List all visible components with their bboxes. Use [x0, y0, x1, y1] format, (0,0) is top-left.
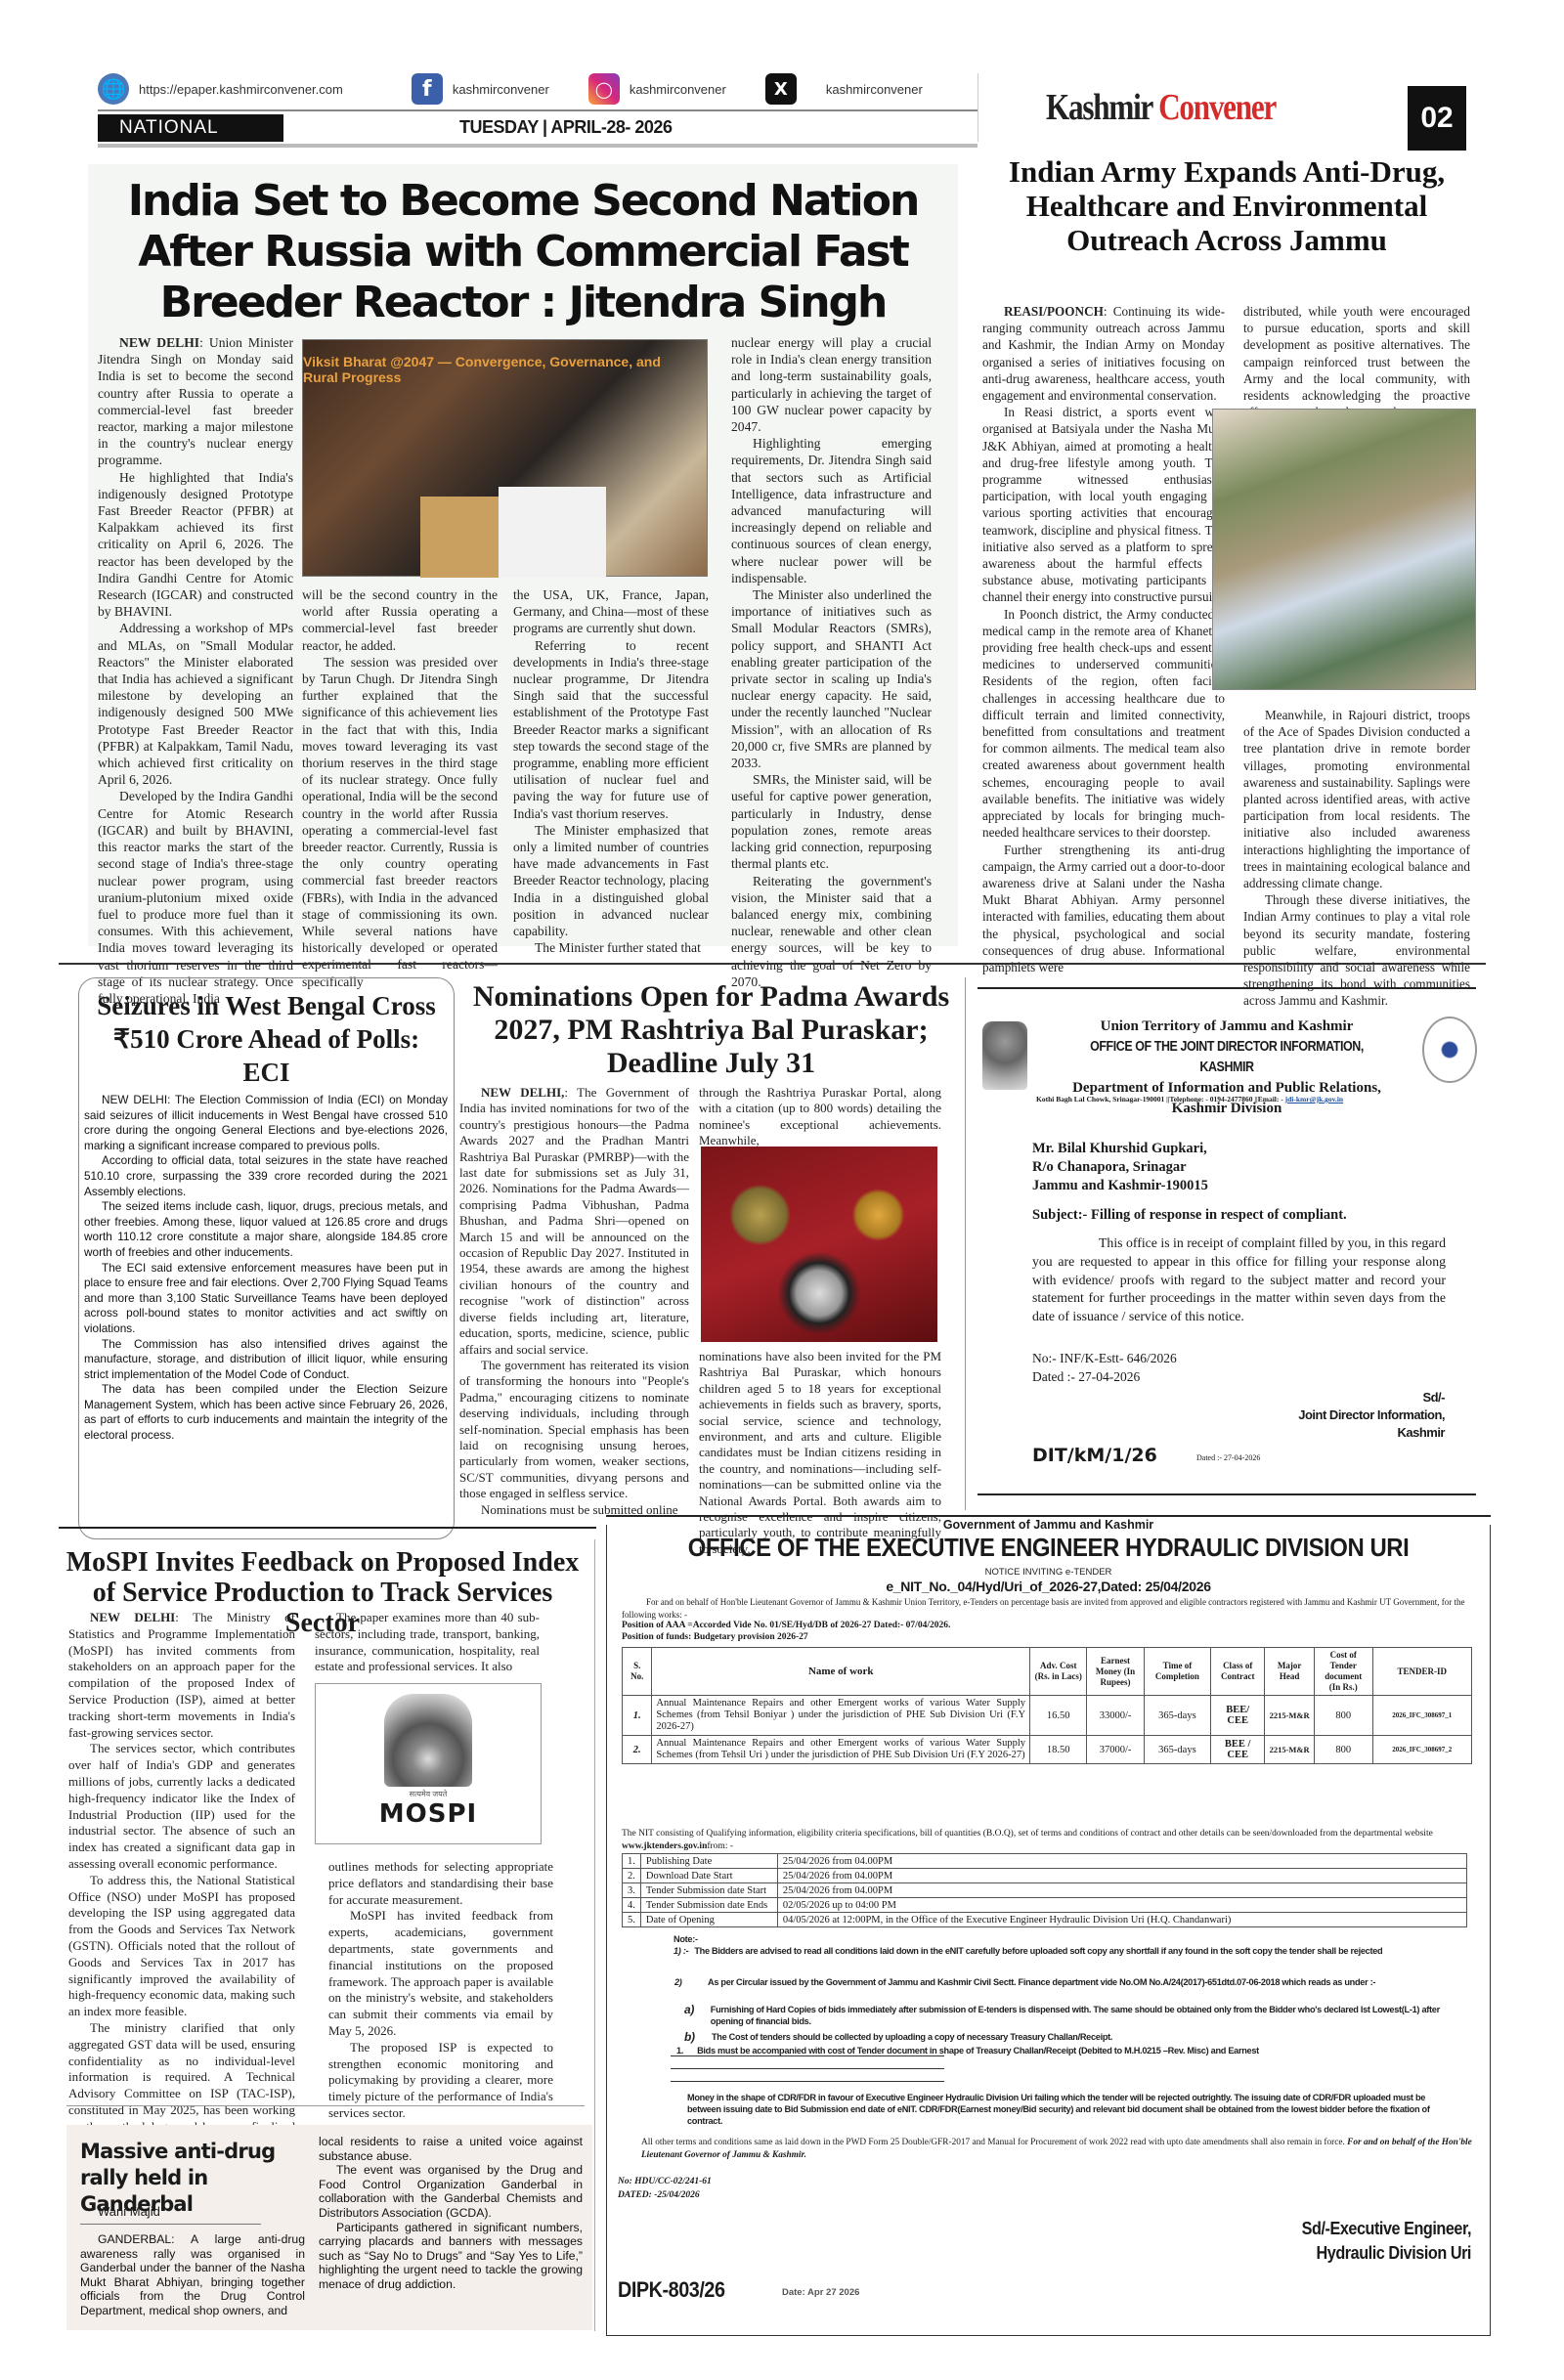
mospi-paragraph: The paper examines more than 40 sub-sect…: [315, 1610, 540, 1675]
tender-nit-number: e_NIT_No._04/Hyd/Uri_of_2026-27,Dated: 2…: [606, 1579, 1491, 1594]
jdi-letterhead: Union Territory of Jammu and Kashmir OFF…: [1036, 1017, 1417, 1119]
lead-column-2: will be the second country in the world …: [302, 586, 498, 990]
jdi-code-date: Dated :- 27-04-2026: [1196, 1453, 1260, 1462]
tender-aaa: Position of AAA =Accorded Vide No. 01/SE…: [622, 1621, 950, 1630]
army-photo-collage: [1212, 409, 1476, 690]
mospi-paragraph: To address this, the National Statistica…: [68, 1873, 295, 2020]
dipr-seal-icon: [1422, 1017, 1477, 1083]
army-paragraph: distributed, while youth were encouraged…: [1243, 303, 1470, 420]
lead-paragraph: Addressing a workshop of MPs and MLAs, o…: [98, 620, 293, 788]
mospi-column-2-top: The paper examines more than 40 sub-sect…: [315, 1610, 540, 1675]
jdi-subject: Subject:- Filling of response in respect…: [1032, 1207, 1347, 1224]
banner-text: Viksit Bharat @2047 — Convergence, Gover…: [303, 354, 697, 385]
jdi-signature: Sd/- Joint Director Information, Kashmir: [1222, 1389, 1445, 1442]
podium: [420, 497, 499, 578]
army-paragraph: Further strengthening its anti-drug camp…: [982, 842, 1225, 976]
tender-intro: For and on behalf of Hon'ble Lieutenant …: [622, 1596, 1482, 1621]
mospi-paragraph: The services sector, which contributes o…: [68, 1741, 295, 1872]
padma-headline: Nominations Open for Padma Awards 2027, …: [459, 980, 963, 1080]
issue-date: TUESDAY | APRIL-28- 2026: [459, 117, 672, 138]
ganderbal-column-1: GANDERBAL: A large anti-drug awareness r…: [80, 2232, 305, 2318]
mospi-paragraph: MoSPI has invited feedback from experts,…: [328, 1908, 553, 2039]
ganderbal-column-2: local residents to raise a united voice …: [319, 2135, 583, 2292]
instagram-icon: ◯: [588, 73, 620, 105]
tender-terms: All other terms and conditions same as l…: [641, 2137, 1472, 2161]
jdi-addressee: Mr. Bilal Khurshid Gupkari, R/o Chanapor…: [1032, 1140, 1208, 1195]
jdi-body: This office is in receipt of complaint f…: [1032, 1234, 1446, 1326]
seizures-headline: Seizures in West Bengal Cross ₹510 Crore…: [88, 989, 445, 1089]
jdi-code: DIT/kM/1/26: [1032, 1445, 1157, 1466]
lead-paragraph: He highlighted that India's indigenously…: [98, 469, 293, 621]
tender-note-label: Note:-: [673, 1933, 698, 1945]
padma-paragraph: through the Rashtriya Puraskar Portal, a…: [699, 1085, 941, 1149]
tender-works-table: S. No. Name of work Adv. Cost (Rs. in La…: [622, 1647, 1472, 1764]
padma-column-2-top: through the Rashtriya Puraskar Portal, a…: [699, 1085, 941, 1149]
lead-paragraph: Reiterating the government's vision, the…: [731, 873, 932, 990]
tender-code-date: Date: Apr 27 2026: [782, 2287, 859, 2298]
rule: [671, 2068, 944, 2069]
tender-reference: No: HDU/CC-02/241-61 DATED: -25/04/2026: [618, 2175, 712, 2202]
army-paragraph: In Poonch district, the Army conducted a…: [982, 606, 1225, 842]
tender-note-a: a)Furnishing of Hard Copies of bids imme…: [684, 2004, 1456, 2027]
padma-paragraph: NEW DELHI,: The Government of India has …: [459, 1085, 689, 1358]
jktenders-link[interactable]: www.jktenders.gov.in: [622, 1841, 707, 1851]
social-links-bar: 🌐https://epaper.kashmirconvener.com fkas…: [98, 68, 977, 109]
tender-dates-table: 1.Publishing Date25/04/2026 from 04.00PM…: [622, 1853, 1467, 1927]
army-column-1: REASI/POONCH: Continuing its wide-rangin…: [982, 303, 1225, 975]
section-divider: [606, 1515, 1491, 1517]
table-header-row: S. No. Name of work Adv. Cost (Rs. in La…: [623, 1648, 1472, 1696]
jdi-reference: No:- INF/K-Estt- 646/2026 Dated :- 27-04…: [1032, 1349, 1177, 1386]
ganderbal-byline: Wani Majid: [98, 2204, 160, 2219]
tender-nit-text: The NIT consisting of Qualifying informa…: [622, 1828, 1482, 1852]
national-emblem-icon: [384, 1694, 472, 1787]
facebook-link[interactable]: fkashmirconvener: [412, 73, 549, 105]
mospi-column-2-bottom: outlines methods for selecting appropria…: [328, 1859, 553, 2122]
website-link[interactable]: 🌐https://epaper.kashmirconvener.com: [98, 73, 343, 105]
section-divider: [59, 1527, 596, 1529]
tender-office-title: OFFICE OF THE EXECUTIVE ENGINEER HYDRAUL…: [641, 1533, 1455, 1563]
tender-note-2: 2)As per Circular issued by the Governme…: [674, 1976, 1456, 1988]
newspaper-logo: Kashmir Convener: [1046, 86, 1276, 129]
rule: [671, 2081, 944, 2082]
byline-rule: [80, 2224, 261, 2225]
tender-signature: Sd/-Executive Engineer, Hydraulic Divisi…: [1203, 2217, 1472, 2266]
ganderbal-paragraph: Participants gathered in significant num…: [319, 2221, 583, 2292]
lead-photo-minister-speaking: Viksit Bharat @2047 — Convergence, Gover…: [302, 339, 708, 577]
column-divider: [594, 1539, 595, 2331]
lead-paragraph: Highlighting emerging requirements, Dr. …: [731, 435, 932, 586]
globe-icon: 🌐: [98, 73, 129, 105]
lead-paragraph: The Minister further stated that: [513, 939, 709, 956]
lead-paragraph: Referring to recent developments in Indi…: [513, 637, 709, 822]
table-row: 1.Publishing Date25/04/2026 from 04.00PM: [623, 1854, 1467, 1869]
lead-paragraph: SMRs, the Minister said, will be useful …: [731, 771, 932, 872]
section-divider: [59, 963, 1486, 965]
tender-money-text: Money in the shape of CDR/FDR in favour …: [687, 2092, 1459, 2127]
header-rule: [98, 109, 977, 111]
lead-paragraph: the USA, UK, France, Japan, Germany, and…: [513, 586, 709, 637]
seizures-paragraph: According to official data, total seizur…: [84, 1153, 448, 1199]
x-link[interactable]: Xkashmirconvener: [765, 73, 923, 105]
header-rule-bottom: [98, 144, 977, 148]
tender-note-1: 1) :-The Bidders are advised to read all…: [673, 1945, 1455, 1957]
facebook-icon: f: [412, 73, 443, 105]
jdi-contact: Kothi Bagh Lal Chowk, Srinagar-190001 ||…: [1036, 1095, 1447, 1103]
lead-column-3: the USA, UK, France, Japan, Germany, and…: [513, 586, 709, 956]
tender-notice-label: NOTICE INVITING e-TENDER: [606, 1567, 1491, 1578]
lead-paragraph: will be the second country in the world …: [302, 586, 498, 654]
seizures-body: NEW DELHI: The Election Commission of In…: [84, 1093, 448, 1444]
page-number: 02: [1408, 86, 1466, 151]
seizures-paragraph: The Commission has also intensified driv…: [84, 1337, 448, 1383]
table-row: 1. Annual Maintenance Repairs and other …: [623, 1696, 1472, 1736]
lead-column-1: NEW DELHI: Union Minister Jitendra Singh…: [98, 334, 293, 1007]
padma-medals-photo: [701, 1147, 937, 1342]
army-paragraph: In Reasi district, a sports event was or…: [982, 404, 1225, 605]
seizures-paragraph: The seized items include cash, liquor, d…: [84, 1199, 448, 1260]
tender-note-b: b)The Cost of tenders should be collecte…: [684, 2031, 1456, 2043]
ganderbal-paragraph: GANDERBAL: A large anti-drug awareness r…: [80, 2232, 305, 2318]
army-paragraph: Meanwhile, in Rajouri district, troops o…: [1243, 707, 1470, 891]
jdi-email-link[interactable]: jdi-kmr@jk.gov.in: [1285, 1095, 1343, 1103]
mospi-paragraph: The proposed ISP is expected to strength…: [328, 2040, 553, 2122]
mospi-column-1: NEW DELHI: The Ministry of Statistics an…: [68, 1610, 295, 2168]
ganderbal-paragraph: The event was organised by the Drug and …: [319, 2163, 583, 2220]
padma-column-1: NEW DELHI,: The Government of India has …: [459, 1085, 689, 1518]
lead-paragraph: NEW DELHI: Union Minister Jitendra Singh…: [98, 334, 293, 469]
army-paragraph: REASI/POONCH: Continuing its wide-rangin…: [982, 303, 1225, 404]
section-label: NATIONAL: [98, 114, 283, 142]
table-row: 2.Download Date Start25/04/2026 from 04.…: [623, 1869, 1467, 1883]
mospi-paragraph: outlines methods for selecting appropria…: [328, 1859, 553, 1908]
lead-paragraph: The Minister also underlined the importa…: [731, 586, 932, 771]
section-divider: [66, 2105, 585, 2106]
tender-funds: Position of funds: Budgetary provision 2…: [622, 1632, 808, 1642]
lead-paragraph: nuclear energy will play a crucial role …: [731, 334, 932, 435]
instagram-link[interactable]: ◯kashmirconvener: [588, 73, 726, 105]
seizures-paragraph: The data has been compiled under the Ele…: [84, 1382, 448, 1443]
army-column-2-top: distributed, while youth were encouraged…: [1243, 303, 1470, 420]
lead-paragraph: The session was presided over by Tarun C…: [302, 654, 498, 990]
lead-paragraph: The Minister emphasized that only a limi…: [513, 822, 709, 939]
seizures-paragraph: The ECI said extensive enforcement measu…: [84, 1261, 448, 1337]
podium-front: [499, 487, 606, 578]
table-row: 2. Annual Maintenance Repairs and other …: [623, 1736, 1472, 1764]
header-divider: [977, 73, 978, 142]
ganderbal-paragraph: local residents to raise a united voice …: [319, 2135, 583, 2163]
x-icon: X: [765, 73, 797, 105]
table-row: 5.Date of Opening04/05/2026 at 12:00PM, …: [623, 1913, 1467, 1927]
mospi-paragraph: NEW DELHI: The Ministry of Statistics an…: [68, 1610, 295, 1741]
lead-column-4: nuclear energy will play a crucial role …: [731, 334, 932, 990]
padma-paragraph: The government has reiterated its vision…: [459, 1358, 689, 1502]
column-divider: [965, 977, 966, 1510]
rule: [671, 2055, 944, 2056]
table-row: 4.Tender Submission date Ends02/05/2026 …: [623, 1898, 1467, 1913]
army-headline: Indian Army Expands Anti-Drug, Healthcar…: [982, 154, 1471, 257]
lead-headline: India Set to Become Second Nation After …: [98, 176, 948, 328]
mospi-logo: सत्यमेव जयते MOSPI: [315, 1683, 542, 1844]
lead-paragraph: Developed by the Indira Gandhi Centre fo…: [98, 788, 293, 1007]
seizures-paragraph: NEW DELHI: The Election Commission of In…: [84, 1093, 448, 1153]
tender-code: DIPK-803/26: [618, 2277, 725, 2303]
national-emblem-icon: [982, 1021, 1027, 1090]
tender-gov-line: Government of Jammu and Kashmir: [606, 1518, 1491, 1532]
table-row: 3.Tender Submission date Start25/04/2026…: [623, 1883, 1467, 1898]
